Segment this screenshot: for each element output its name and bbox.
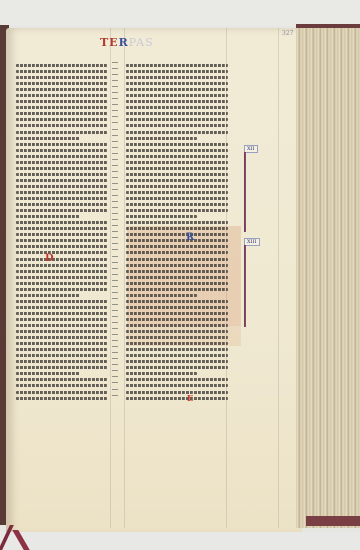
text-line: [126, 70, 228, 73]
text-line: [16, 294, 80, 297]
line-marker: [112, 177, 118, 178]
ruling-line: [124, 28, 125, 528]
text-line: [126, 264, 228, 267]
text-line: [126, 82, 228, 85]
line-marker: [112, 183, 118, 184]
text-line: [126, 161, 228, 164]
text-line: [16, 276, 108, 279]
text-line: [16, 245, 108, 248]
text-line: [126, 324, 228, 327]
text-line: [126, 64, 228, 67]
line-marker: [112, 153, 118, 154]
text-line: [16, 397, 108, 400]
text-line: [16, 312, 108, 315]
text-line: [126, 137, 197, 140]
text-line: [16, 143, 108, 146]
rubric-flourish: [244, 152, 246, 232]
text-line: [16, 233, 108, 236]
line-marker: [112, 104, 118, 105]
chapter-rubric: XII: [244, 145, 258, 153]
text-line: [16, 378, 108, 381]
text-line: [16, 100, 108, 103]
line-marker: [112, 395, 118, 396]
text-line: [126, 118, 228, 121]
ruling-line: [110, 28, 111, 528]
text-line: [126, 88, 228, 91]
text-line: [126, 336, 228, 339]
initial-letter: R: [186, 232, 194, 243]
line-marker: [112, 86, 118, 87]
background-bottom: [0, 532, 360, 550]
line-marker: [112, 159, 118, 160]
text-line: [126, 94, 228, 97]
text-line: [16, 251, 108, 254]
right-column: [126, 64, 228, 403]
line-marker: [112, 165, 118, 166]
text-line: [16, 191, 108, 194]
initial-letter: E: [187, 393, 193, 403]
line-marker: [112, 189, 118, 190]
line-markers: [112, 62, 122, 401]
text-line: [126, 397, 228, 400]
line-marker: [112, 304, 118, 305]
text-line: [16, 203, 108, 206]
line-marker: [112, 141, 118, 142]
text-line: [16, 131, 108, 134]
line-marker: [112, 135, 118, 136]
text-line: [126, 155, 228, 158]
line-marker: [112, 256, 118, 257]
background-top: [0, 0, 360, 26]
text-line: [16, 149, 108, 152]
text-line: [126, 366, 228, 369]
text-line: [16, 70, 108, 73]
text-line: [126, 318, 228, 321]
text-line: [126, 300, 228, 303]
text-line: [126, 179, 228, 182]
text-line: [126, 294, 197, 297]
page-fore-edge: [296, 28, 360, 528]
text-line: [126, 191, 228, 194]
line-marker: [112, 370, 118, 371]
text-line: [16, 88, 108, 91]
text-line: [126, 270, 228, 273]
left-column: [16, 64, 108, 403]
line-marker: [112, 201, 118, 202]
line-marker: [112, 334, 118, 335]
line-marker: [112, 316, 118, 317]
text-line: [126, 282, 228, 285]
text-line: [126, 348, 228, 351]
text-line: [16, 264, 108, 267]
text-line: [16, 173, 108, 176]
text-line: [16, 288, 108, 291]
text-line: [126, 124, 228, 127]
text-line: [126, 391, 228, 394]
text-line: [126, 251, 228, 254]
text-line: [16, 209, 108, 212]
text-line: [16, 342, 108, 345]
text-line: [126, 131, 228, 134]
text-line: [16, 282, 108, 285]
text-line: [16, 197, 108, 200]
text-line: [16, 300, 108, 303]
text-line: [126, 378, 228, 381]
line-marker: [112, 268, 118, 269]
text-line: [126, 76, 228, 79]
text-line: [16, 94, 108, 97]
text-line: [126, 276, 228, 279]
text-line: [126, 100, 228, 103]
rubric-flourish: [244, 245, 246, 327]
folio-number: 327: [282, 30, 293, 37]
text-line: [16, 360, 108, 363]
line-marker: [112, 110, 118, 111]
text-line: [126, 215, 197, 218]
text-line: [16, 391, 108, 394]
text-line: [126, 185, 228, 188]
header-blue: R: [119, 36, 129, 49]
text-line: [16, 258, 108, 261]
text-line: [16, 161, 108, 164]
line-marker: [112, 328, 118, 329]
line-marker: [112, 346, 118, 347]
book-cover-bottom: [306, 516, 360, 526]
text-line: [16, 185, 108, 188]
text-line: [126, 384, 228, 387]
line-marker: [112, 74, 118, 75]
text-line: [126, 258, 228, 261]
text-line: [126, 167, 228, 170]
text-line: [16, 372, 80, 375]
line-marker: [112, 243, 118, 244]
text-line: [126, 197, 228, 200]
line-marker: [112, 286, 118, 287]
text-line: [16, 221, 108, 224]
text-line: [16, 324, 108, 327]
text-line: [16, 137, 80, 140]
line-marker: [112, 292, 118, 293]
text-line: [16, 64, 108, 67]
line-marker: [112, 129, 118, 130]
line-marker: [112, 207, 118, 208]
line-marker: [112, 298, 118, 299]
line-marker: [112, 382, 118, 383]
ruling-line: [278, 28, 279, 528]
line-marker: [112, 280, 118, 281]
text-line: [16, 348, 108, 351]
line-marker: [112, 231, 118, 232]
line-marker: [112, 219, 118, 220]
line-marker: [112, 116, 118, 117]
line-marker: [112, 213, 118, 214]
line-marker: [112, 352, 118, 353]
text-line: [126, 221, 228, 224]
text-line: [126, 227, 228, 230]
text-line: [16, 366, 108, 369]
line-marker: [112, 237, 118, 238]
text-line: [126, 288, 228, 291]
text-line: [126, 173, 228, 176]
text-line: [16, 76, 108, 79]
line-marker: [112, 122, 118, 123]
line-marker: [112, 62, 118, 63]
text-line: [126, 342, 228, 345]
line-marker: [112, 274, 118, 275]
text-line: [126, 233, 228, 236]
text-line: [126, 354, 228, 357]
text-line: [16, 336, 108, 339]
line-marker: [112, 322, 118, 323]
line-marker: [112, 364, 118, 365]
text-line: [16, 106, 108, 109]
text-line: [126, 112, 228, 115]
text-line: [16, 179, 108, 182]
text-line: [16, 112, 108, 115]
line-marker: [112, 249, 118, 250]
line-marker: [112, 310, 118, 311]
line-marker: [112, 68, 118, 69]
text-line: [16, 167, 108, 170]
line-marker: [112, 92, 118, 93]
text-line: [16, 384, 108, 387]
line-marker: [112, 98, 118, 99]
line-marker: [112, 225, 118, 226]
text-line: [16, 306, 108, 309]
text-line: [126, 306, 228, 309]
line-marker: [112, 340, 118, 341]
line-marker: [112, 147, 118, 148]
text-line: [16, 215, 80, 218]
initial-letter: D: [45, 253, 54, 264]
text-line: [16, 354, 108, 357]
line-marker: [112, 358, 118, 359]
line-marker: [112, 171, 118, 172]
line-marker: [112, 389, 118, 390]
text-line: [16, 118, 108, 121]
text-line: [16, 330, 108, 333]
line-marker: [112, 262, 118, 263]
text-line: [16, 270, 108, 273]
text-line: [126, 330, 228, 333]
header-red: TE: [100, 36, 119, 49]
chapter-rubric: XIII: [244, 238, 260, 246]
text-line: [126, 239, 228, 242]
text-line: [16, 124, 108, 127]
running-header: TERPAS: [100, 36, 154, 49]
line-marker: [112, 376, 118, 377]
text-line: [16, 318, 108, 321]
text-line: [16, 239, 108, 242]
text-line: [126, 203, 228, 206]
line-marker: [112, 195, 118, 196]
text-line: [126, 360, 228, 363]
text-line: [16, 227, 108, 230]
text-line: [126, 143, 228, 146]
text-line: [126, 312, 228, 315]
line-marker: [112, 80, 118, 81]
text-line: [16, 155, 108, 158]
header-faint: PAS: [129, 36, 154, 49]
text-line: [126, 209, 228, 212]
text-line: [126, 245, 228, 248]
text-line: [126, 106, 228, 109]
text-line: [126, 372, 197, 375]
text-line: [16, 82, 108, 85]
text-line: [126, 149, 228, 152]
